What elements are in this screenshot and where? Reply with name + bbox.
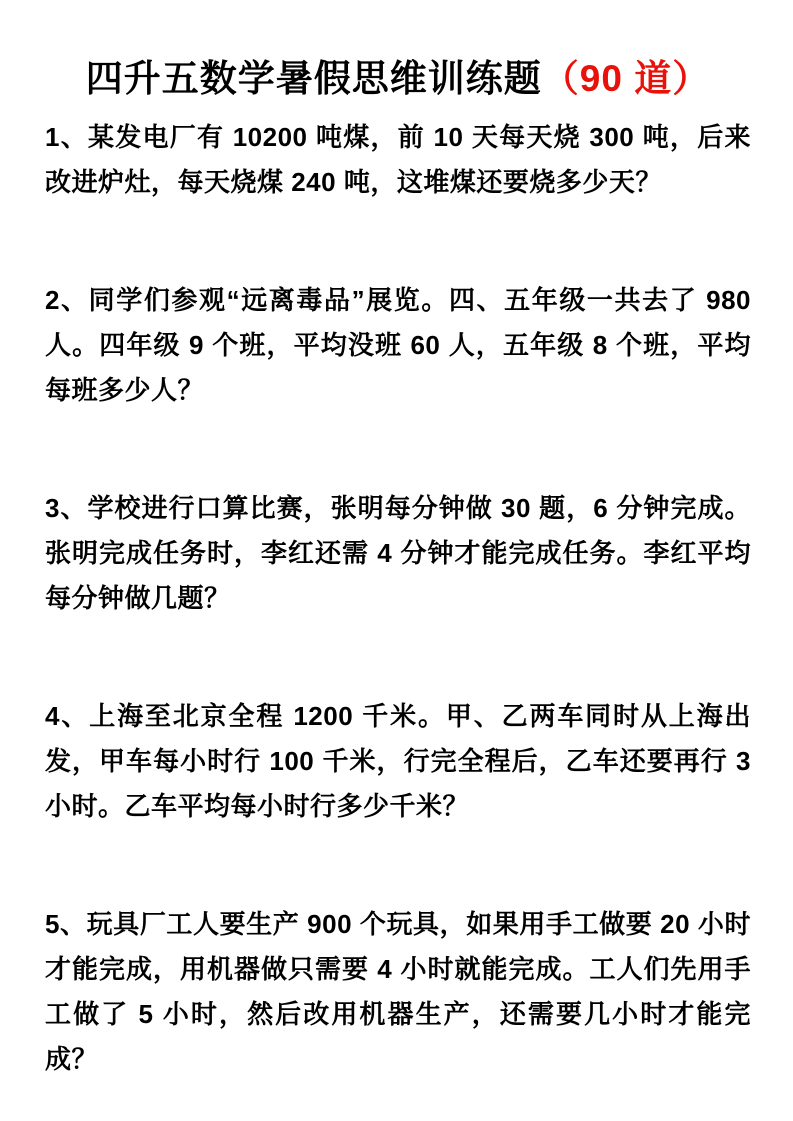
page-title-question-count: （90 道） — [542, 58, 710, 99]
question-number: 1、 — [45, 122, 88, 152]
question-4: 4、上海至北京全程 1200 千米。甲、乙两车同时从上海出发，甲车每小时行 10… — [45, 694, 751, 829]
question-3: 3、学校进行口算比赛，张明每分钟做 30 题，6 分钟完成。张明完成任务时，李红… — [45, 486, 751, 621]
page-title-text: 四升五数学暑假思维训练题 — [86, 58, 542, 99]
page-title: 四升五数学暑假思维训练题（90 道） — [45, 0, 751, 102]
question-text: 某发电厂有 10200 吨煤，前 10 天每天烧 300 吨，后来改进炉灶，每天… — [45, 122, 751, 197]
question-number: 4、 — [45, 701, 89, 731]
question-number: 3、 — [45, 493, 88, 523]
question-text: 玩具厂工人要生产 900 个玩具，如果用手工做要 20 小时才能完成，用机器做只… — [45, 909, 751, 1074]
worksheet-page: 四升五数学暑假思维训练题（90 道） 1、某发电厂有 10200 吨煤，前 10… — [0, 0, 793, 1121]
question-text: 学校进行口算比赛，张明每分钟做 30 题，6 分钟完成。张明完成任务时，李红还需… — [45, 493, 751, 613]
question-text: 同学们参观“远离毒品”展览。四、五年级一共去了 980 人。四年级 9 个班，平… — [45, 285, 751, 405]
question-5: 5、玩具厂工人要生产 900 个玩具，如果用手工做要 20 小时才能完成，用机器… — [45, 902, 751, 1082]
question-number: 5、 — [45, 909, 87, 939]
question-list: 1、某发电厂有 10200 吨煤，前 10 天每天烧 300 吨，后来改进炉灶，… — [45, 115, 751, 1082]
question-text: 上海至北京全程 1200 千米。甲、乙两车同时从上海出发，甲车每小时行 100 … — [45, 701, 751, 821]
question-1: 1、某发电厂有 10200 吨煤，前 10 天每天烧 300 吨，后来改进炉灶，… — [45, 115, 751, 205]
worksheet-document: { "page": { "title": { "main": "四升五数学暑假思… — [0, 0, 793, 1121]
question-2: 2、同学们参观“远离毒品”展览。四、五年级一共去了 980 人。四年级 9 个班… — [45, 278, 751, 413]
question-number: 2、 — [45, 285, 89, 315]
